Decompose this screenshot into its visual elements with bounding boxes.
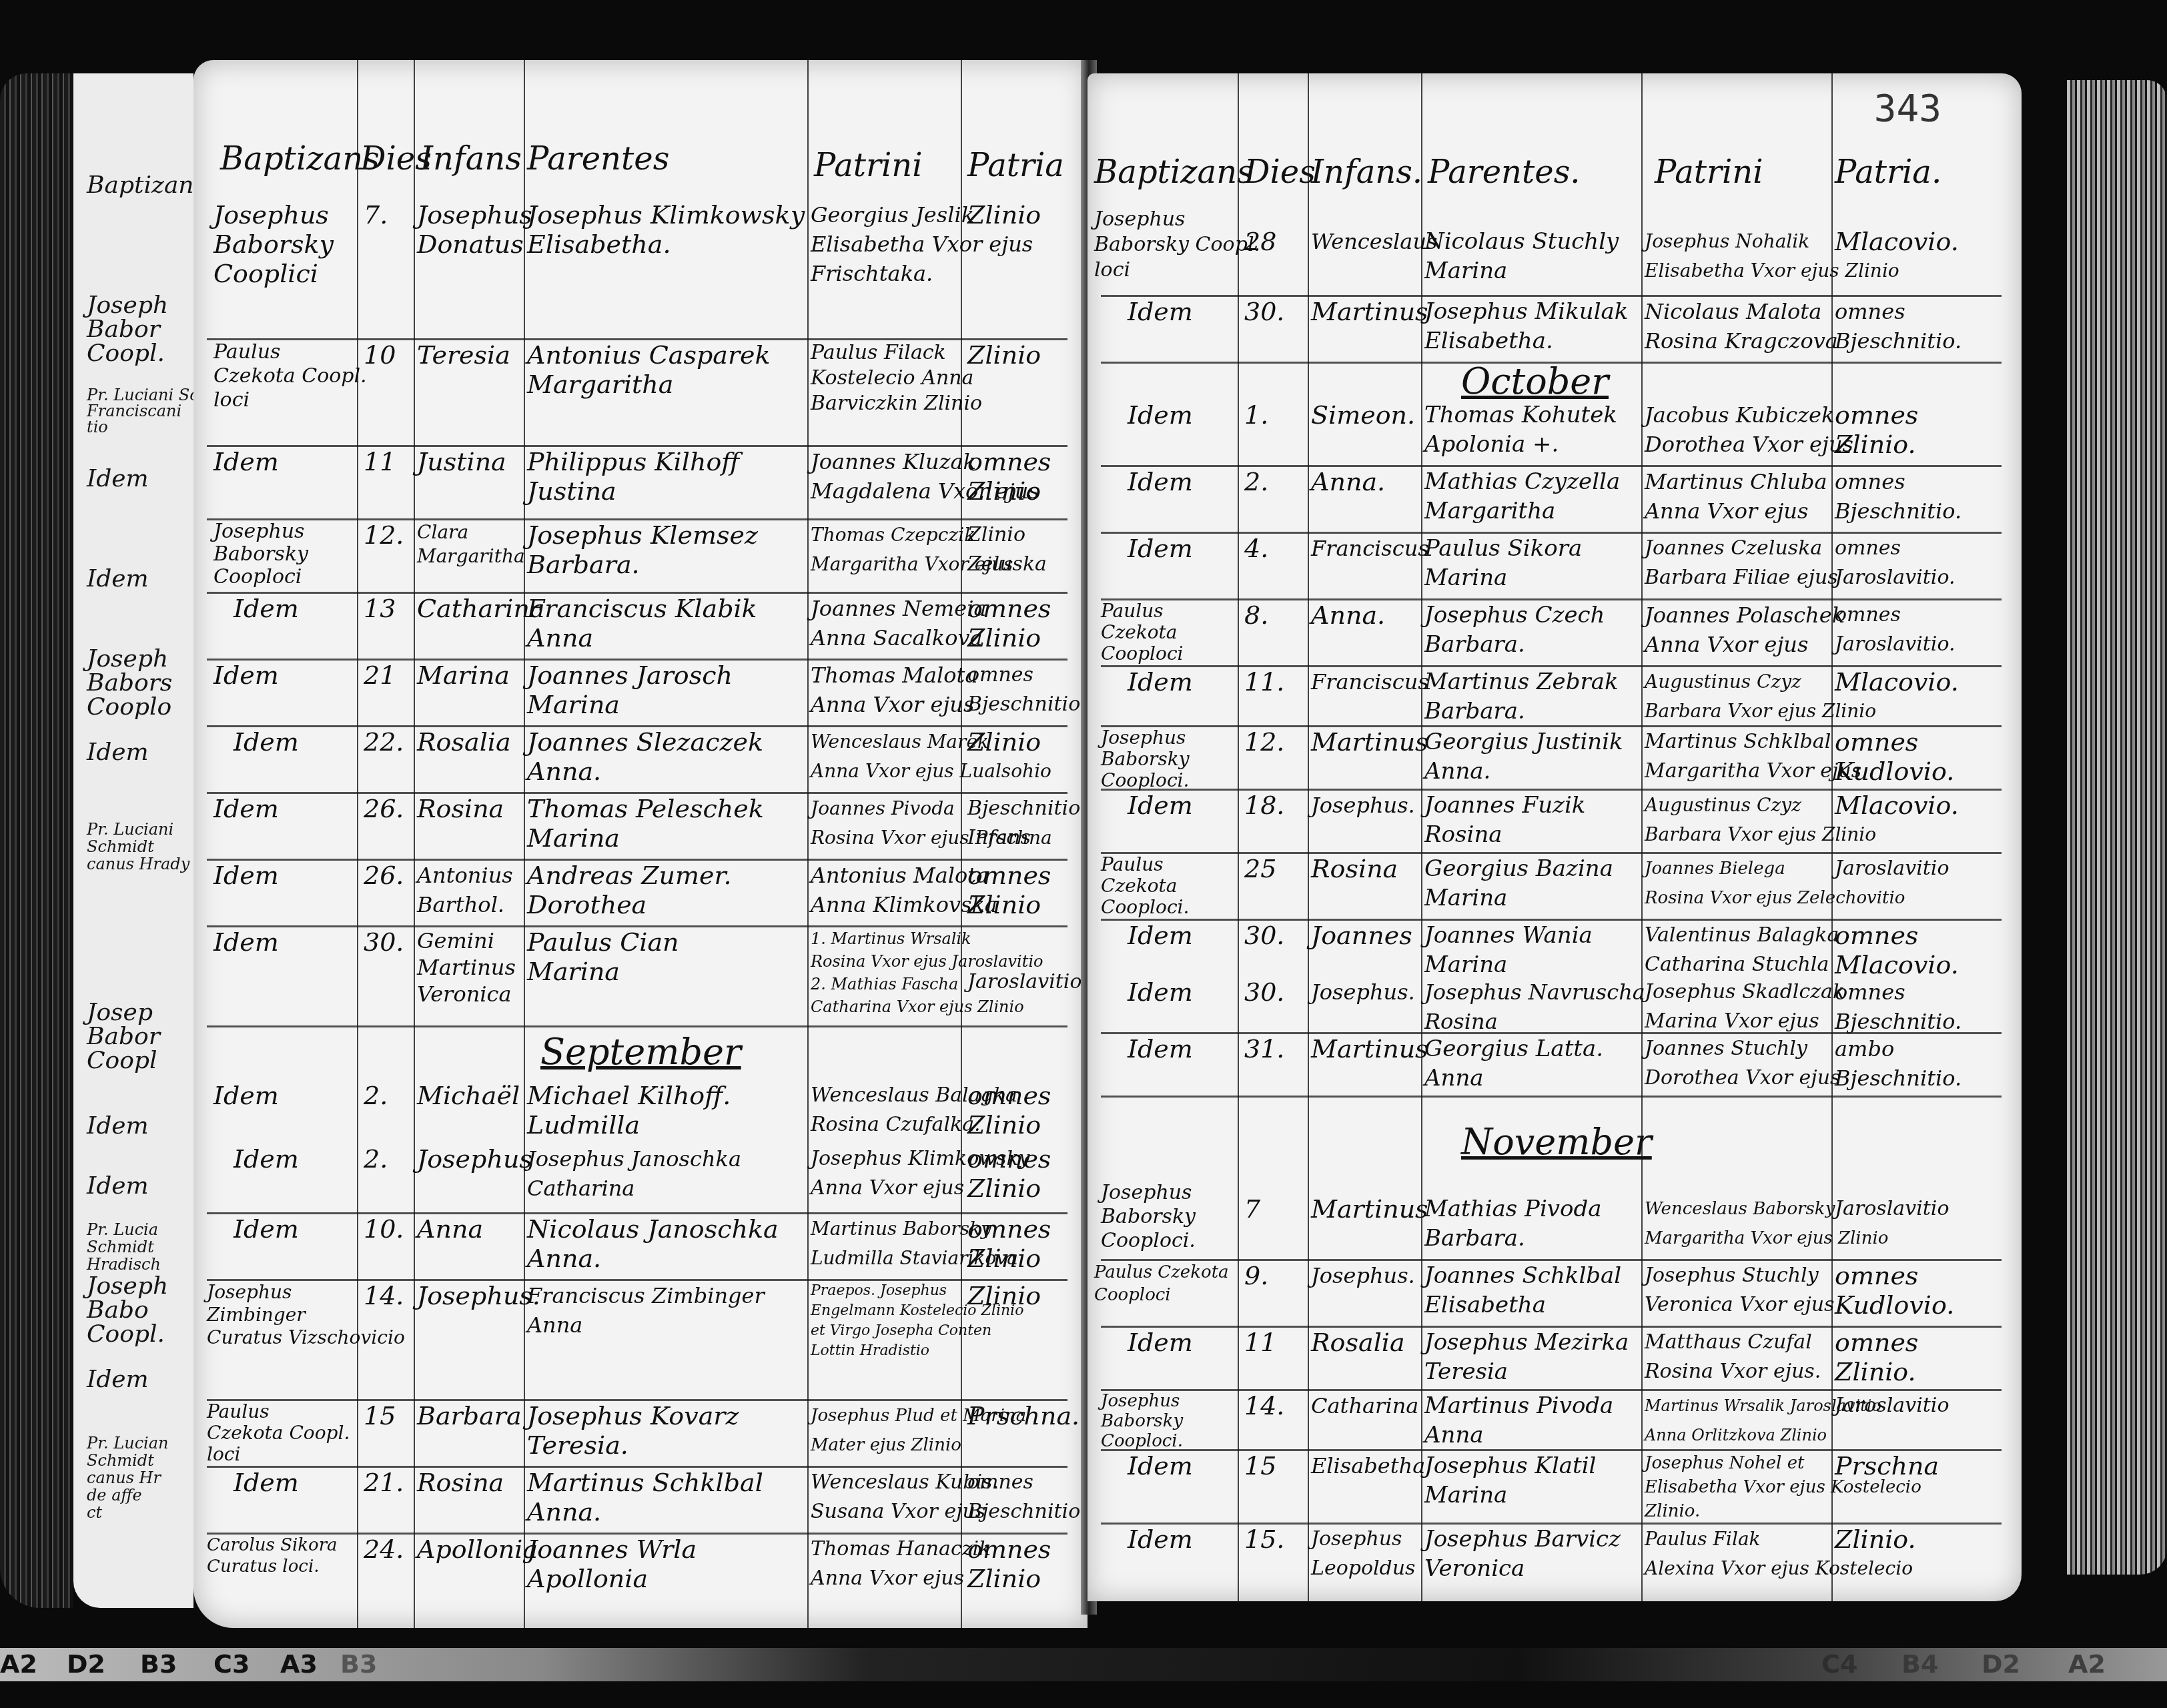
dies-cell: 10. bbox=[364, 1214, 404, 1244]
infans-cell: Simeon. bbox=[1311, 400, 1415, 430]
infans-cell: Rosina bbox=[1311, 854, 1398, 883]
dies-cell: 31. bbox=[1244, 1034, 1284, 1063]
baptizans-cell: Josephus Baborsky Cooploci. bbox=[1101, 1181, 1196, 1253]
left-register-page: Baptizans Dies Infans Parentes Patrini P… bbox=[193, 60, 1088, 1628]
month-heading-november: November bbox=[1461, 1121, 1652, 1163]
patria-cell: omnes Bjeschnitio bbox=[967, 661, 1080, 719]
parentes-cell: Paulus Cian Marina bbox=[527, 927, 679, 986]
partial-entry: Baptizans bbox=[87, 173, 193, 197]
dies-cell: 21. bbox=[364, 1468, 404, 1497]
patria-cell: omnes Zlinio bbox=[967, 861, 1051, 919]
dies-cell: 24. bbox=[364, 1535, 404, 1564]
dies-cell: 14. bbox=[1244, 1391, 1284, 1420]
baptizans-cell: Josephus Baborsky Cooploci. bbox=[1101, 1391, 1183, 1451]
partial-entry: Idem bbox=[87, 467, 149, 491]
patria-cell: omnes Bjeschnitio. bbox=[1835, 977, 1962, 1036]
book-edge-right bbox=[2067, 80, 2167, 1575]
patrini-cell: Nicolaus Malota Rosina Kragczova bbox=[1645, 297, 1838, 356]
patrini-cell: Thomas Hanaczik Anna Vxor ejus bbox=[811, 1535, 991, 1593]
patrini-cell: Joannes Czeluska Barbara Filiae ejus bbox=[1645, 534, 1838, 592]
patria-cell: Zlinio. bbox=[1835, 1525, 1916, 1554]
infans-cell: Josephus Donatus bbox=[417, 200, 532, 259]
patrini-cell: Paulus Filack Kostelecio Anna Barviczkin… bbox=[811, 340, 982, 416]
infans-cell: Rosina bbox=[417, 794, 504, 823]
register-entry: Idem 15. Josephus Leopoldus Josephus Bar… bbox=[1088, 1525, 2022, 1591]
baptizans-cell: Josephus Baborsky Cooploci. bbox=[1101, 727, 1190, 791]
infans-cell: Martinus bbox=[1311, 297, 1428, 326]
parentes-cell: Josephus Barvicz Veronica bbox=[1424, 1525, 1621, 1583]
header-baptizans: Baptizans bbox=[220, 140, 380, 177]
patrini-cell: Thomas Malota Anna Vxor ejus bbox=[811, 661, 978, 719]
patria-cell: omnes Bjeschnitio bbox=[967, 1468, 1080, 1527]
dies-cell: 15. bbox=[1244, 1525, 1284, 1554]
register-entry: Idem 26. Antonius Barthol. Andreas Zumer… bbox=[193, 861, 1088, 927]
infans-cell: Josephus. bbox=[417, 1281, 540, 1310]
parentes-cell: Georgius Bazina Marina bbox=[1424, 854, 1613, 913]
infans-cell: Justina bbox=[417, 447, 506, 476]
partial-entry: Pr. Luciani Schl Franciscani tio bbox=[87, 387, 193, 435]
dies-cell: 2. bbox=[364, 1081, 388, 1110]
patria-cell: Mlacovio. bbox=[1835, 667, 1959, 697]
dies-cell: 11 bbox=[1244, 1328, 1276, 1357]
dies-cell: 11 bbox=[364, 447, 396, 476]
baptizans-cell: Idem bbox=[1128, 1034, 1193, 1063]
baptizans-cell: Idem bbox=[234, 594, 299, 623]
patrini-cell: Matthaus Czufal Rosina Vxor ejus. bbox=[1645, 1328, 1821, 1386]
film-label: A2 bbox=[0, 1649, 37, 1679]
parentes-cell: Josephus Klemsez Barbara. bbox=[527, 520, 758, 579]
film-label: B3 bbox=[140, 1649, 177, 1679]
partial-left-page: Baptizans Joseph Babor Coopl. Pr. Lucian… bbox=[73, 73, 193, 1608]
infans-cell: Josephus. bbox=[1311, 1261, 1415, 1290]
baptizans-cell: Idem bbox=[234, 727, 299, 757]
film-label: A3 bbox=[280, 1649, 318, 1679]
month-heading-october: October bbox=[1461, 360, 1609, 402]
parentes-cell: Nicolaus Stuchly Marina bbox=[1424, 227, 1619, 286]
patria-cell: omnes Bjeschnitio. bbox=[1835, 297, 1962, 356]
parentes-cell: Mathias Pivoda Barbara. bbox=[1424, 1194, 1602, 1253]
dies-cell: 2. bbox=[1244, 467, 1268, 496]
dies-cell: 15 bbox=[1244, 1451, 1276, 1480]
register-entry: Idem 4. Franciscus Paulus Sikora Marina … bbox=[1088, 534, 2022, 600]
header-patrini: Patrini bbox=[814, 147, 923, 184]
infans-cell: Catharina bbox=[417, 594, 545, 623]
patria-cell: Prschna bbox=[1835, 1451, 1939, 1480]
patrini-cell: Valentinus Balagka Catharina Stuchla bbox=[1645, 921, 1839, 979]
row-rule bbox=[1101, 1096, 2002, 1098]
patria-cell: Zlinio bbox=[967, 340, 1041, 370]
parentes-cell: Mathias Czyzella Margaritha bbox=[1424, 467, 1620, 526]
baptizans-cell: Paulus Czekota Cooploci bbox=[1094, 1261, 1229, 1306]
dies-cell: 28 bbox=[1244, 227, 1276, 256]
patria-cell: omnes Kudlovio. bbox=[1835, 1261, 1954, 1320]
partial-entry: Pr. Luciani Schmidt canus Hrady bbox=[87, 821, 189, 873]
dies-cell: 25 bbox=[1244, 854, 1276, 883]
patria-cell: omnes Zlinio. bbox=[1835, 1328, 1918, 1386]
film-label: C4 bbox=[1821, 1649, 1857, 1679]
register-entry: Josephus Baborsky Cooploci. 14. Catharin… bbox=[1088, 1391, 2022, 1451]
page-number: 343 bbox=[1874, 87, 1941, 130]
patrini-cell: Josephus Stuchly Veronica Vxor ejus bbox=[1645, 1261, 1835, 1320]
parentes-cell: Paulus Sikora Marina bbox=[1424, 534, 1582, 592]
dies-cell: 12. bbox=[364, 520, 404, 550]
baptizans-cell: Idem bbox=[1128, 534, 1193, 563]
patrini-cell: Martinus Schklbal Margaritha Vxor ejus bbox=[1645, 727, 1861, 786]
baptizans-cell: Idem bbox=[1128, 667, 1193, 697]
baptizans-cell: Paulus Czekota Cooploci bbox=[1101, 600, 1184, 665]
patria-cell: Zlinio bbox=[967, 200, 1041, 230]
month-heading-september: September bbox=[540, 1031, 741, 1073]
register-entry: Josephus Baborsky Cooploci. 12. Martinus… bbox=[1088, 727, 2022, 791]
infans-cell: Josephus. bbox=[1311, 977, 1415, 1007]
patria-cell: omnes Zlinio bbox=[967, 1535, 1051, 1593]
dies-cell: 18. bbox=[1244, 791, 1284, 820]
register-entry: Idem 22. Rosalia Joannes Slezaczek Anna.… bbox=[193, 727, 1088, 794]
parentes-cell: Georgius Justinik Anna. bbox=[1424, 727, 1623, 786]
baptizans-cell: Idem bbox=[1128, 791, 1193, 820]
parentes-cell: Josephus Navruscha Rosina bbox=[1424, 977, 1645, 1036]
parentes-cell: Thomas Peleschek Marina bbox=[527, 794, 764, 853]
header-patrini: Patrini bbox=[1655, 153, 1763, 191]
parentes-cell: Antonius Casparek Margaritha bbox=[527, 340, 771, 399]
infans-cell: Rosalia bbox=[417, 727, 511, 757]
patria-cell: Mlacovio. bbox=[1835, 791, 1959, 820]
register-entry: Idem 1. Simeon. Thomas Kohutek Apolonia … bbox=[1088, 400, 2022, 467]
baptizans-cell: Idem bbox=[213, 927, 279, 957]
infans-cell: Gemini Martinus Veronica bbox=[417, 927, 516, 1007]
dies-cell: 11. bbox=[1244, 667, 1284, 697]
film-label: C3 bbox=[213, 1649, 250, 1679]
infans-cell: Martinus bbox=[1311, 1034, 1428, 1063]
patrini-cell: Jacobus Kubiczek Dorothea Vxor ejus bbox=[1645, 400, 1853, 459]
infans-cell: Wenceslaus bbox=[1311, 227, 1437, 256]
register-entry: Idem 21. Rosina Martinus Schklbal Anna. … bbox=[193, 1468, 1088, 1535]
header-patria: Patria. bbox=[1835, 153, 1941, 191]
register-entry: Idem 11 Rosalia Josephus Mezirka Teresia… bbox=[1088, 1328, 2022, 1391]
parentes-cell: Georgius Latta. Anna bbox=[1424, 1034, 1603, 1093]
parentes-cell: Joannes Jarosch Marina bbox=[527, 661, 733, 719]
baptizans-cell: Idem bbox=[213, 661, 279, 690]
patria-cell: omnes Mlacovio. bbox=[1835, 921, 1959, 979]
register-entry: Idem 21 Marina Joannes Jarosch Marina Th… bbox=[193, 661, 1088, 727]
header-patria: Patria bbox=[967, 147, 1064, 184]
header-parentes: Parentes bbox=[527, 140, 669, 177]
dies-cell: 14. bbox=[364, 1281, 404, 1310]
baptizans-cell: Idem bbox=[1128, 467, 1193, 496]
register-entry: Paulus Czekota Cooploci. 25 Rosina Georg… bbox=[1088, 854, 2022, 921]
infans-cell: Rosina bbox=[417, 1468, 504, 1497]
patria-cell: omnes Bjeschnitio. bbox=[1835, 467, 1962, 526]
partial-entry: Joseph Babor Coopl. bbox=[87, 294, 168, 366]
patrini-cell: Martinus Chluba Anna Vxor ejus bbox=[1645, 467, 1827, 526]
patrini-cell: Joannes Polaschek Anna Vxor ejus bbox=[1645, 600, 1845, 659]
patria-cell: Bjeschnitio Infans bbox=[967, 794, 1080, 853]
baptizans-cell: Idem bbox=[1128, 297, 1193, 326]
patria-cell: omnes Kudlovio. bbox=[1835, 727, 1954, 786]
patria-cell: omnes Zlinio bbox=[967, 447, 1051, 506]
dies-cell: 15 bbox=[364, 1401, 396, 1430]
baptizans-cell: Idem bbox=[234, 1214, 299, 1244]
register-entry: Josephus Baborsky Coopl. loci 28 Wencesl… bbox=[1088, 207, 2022, 297]
register-entry: Idem 11. Franciscus Martinus Zebrak Barb… bbox=[1088, 667, 2022, 727]
register-entry: Idem 11 Justina Philippus Kilhoff Justin… bbox=[193, 447, 1088, 520]
register-entry: Idem 31. Martinus Georgius Latta. Anna J… bbox=[1088, 1034, 2022, 1098]
patria-cell: omnes Zlinio bbox=[967, 1081, 1051, 1140]
dies-cell: 12. bbox=[1244, 727, 1284, 757]
dies-cell: 30. bbox=[364, 927, 404, 957]
dies-cell: 26. bbox=[364, 794, 404, 823]
dies-cell: 10 bbox=[364, 340, 396, 370]
dies-cell: 4. bbox=[1244, 534, 1268, 563]
register-entry: Idem 30. Martinus Josephus Mikulak Elisa… bbox=[1088, 297, 2022, 364]
patria-cell: omnes Zlinio. bbox=[1835, 400, 1918, 459]
film-label: B3 bbox=[340, 1649, 377, 1679]
dies-cell: 30. bbox=[1244, 921, 1284, 950]
infans-cell: Teresia bbox=[417, 340, 510, 370]
baptizans-cell: Idem bbox=[1128, 1525, 1193, 1554]
film-label: A2 bbox=[2068, 1649, 2106, 1679]
dies-cell: 7 bbox=[1244, 1194, 1260, 1224]
dies-cell: 1. bbox=[1244, 400, 1268, 430]
register-entry: Idem 30. Josephus. Josephus Navruscha Ro… bbox=[1088, 977, 2022, 1034]
infans-cell: Josephus. bbox=[1311, 791, 1415, 820]
baptizans-cell: Idem bbox=[234, 1468, 299, 1497]
header-parentes: Parentes. bbox=[1428, 153, 1581, 191]
baptizans-cell: Idem bbox=[234, 1144, 299, 1174]
infans-cell: Apollonia bbox=[417, 1535, 538, 1564]
patria-cell: omnes Jaroslavitio. bbox=[1835, 600, 1955, 659]
baptizans-cell: Paulus Czekota Coopl. loci bbox=[207, 1401, 350, 1465]
dies-cell: 9. bbox=[1244, 1261, 1268, 1290]
baptizans-cell: Idem bbox=[213, 861, 279, 890]
patrini-cell: Josephus Skadlczak Marina Vxor ejus bbox=[1645, 977, 1845, 1036]
infans-cell: Joannes bbox=[1311, 921, 1412, 950]
infans-cell: Franciscus bbox=[1311, 667, 1429, 697]
parentes-cell: Michael Kilhoff. Ludmilla bbox=[527, 1081, 731, 1140]
baptizans-cell: Idem bbox=[213, 1081, 279, 1110]
parentes-cell: Andreas Zumer. Dorothea bbox=[527, 861, 732, 919]
register-entry: Carolus Sikora Curatus loci. 24. Apollon… bbox=[193, 1535, 1088, 1608]
parentes-cell: Josephus Klimkowsky Elisabetha. bbox=[527, 200, 805, 259]
patria-cell: Zlinio bbox=[967, 727, 1041, 757]
register-entry: Idem 30. Gemini Martinus Veronica Paulus… bbox=[193, 927, 1088, 1027]
register-entry: Idem 30. Joannes Joannes Wania Marina Va… bbox=[1088, 921, 2022, 977]
patria-cell: Prschna. bbox=[967, 1401, 1079, 1430]
parentes-cell: Josephus Mezirka Teresia bbox=[1424, 1328, 1629, 1386]
parentes-cell: Martinus Zebrak Barbara. bbox=[1424, 667, 1619, 726]
parentes-cell: Joannes Wrla Apollonia bbox=[527, 1535, 697, 1593]
microfilm-strip: A2 D2 B3 C3 A3 B3 C4 B4 D2 A2 bbox=[0, 1648, 2167, 1681]
film-label: D2 bbox=[67, 1649, 105, 1679]
partial-entry: Idem bbox=[87, 1174, 149, 1198]
partial-entry: Idem bbox=[87, 1114, 149, 1138]
parentes-cell: Josephus Klatil Marina bbox=[1424, 1451, 1596, 1510]
patria-cell: Jaroslavitio bbox=[1835, 854, 1949, 883]
parentes-cell: Josephus Czech Barbara. bbox=[1424, 600, 1605, 659]
baptizans-cell: Josephus Baborsky Coopl. loci bbox=[1094, 207, 1260, 283]
infans-cell: Rosalia bbox=[1311, 1328, 1405, 1357]
partial-entry: Josep Babor Coopl bbox=[87, 1001, 160, 1073]
book-edge-left bbox=[0, 73, 73, 1608]
register-entry: Idem 18. Josephus. Joannes Fuzik Rosina … bbox=[1088, 791, 2022, 854]
parentes-cell: Joannes Wania Marina bbox=[1424, 921, 1593, 979]
patria-cell: Zlinio bbox=[967, 1281, 1041, 1310]
baptizans-cell: Carolus Sikora Curatus loci. bbox=[207, 1535, 338, 1577]
partial-entry: Pr. Lucia Schmidt Hradisch bbox=[87, 1221, 161, 1273]
baptizans-cell: Paulus Czekota Coopl. loci bbox=[213, 340, 367, 412]
parentes-cell: Nicolaus Janoschka Anna. bbox=[527, 1214, 779, 1273]
partial-entry: Idem bbox=[87, 1368, 149, 1392]
film-label: B4 bbox=[1901, 1649, 1938, 1679]
dies-cell: 7. bbox=[364, 200, 388, 230]
header-infans: Infans bbox=[420, 140, 522, 177]
baptizans-cell: Idem bbox=[1128, 921, 1193, 950]
infans-cell: Anna. bbox=[1311, 467, 1385, 496]
patria-cell: omnes Zlinio bbox=[967, 594, 1051, 653]
patria-cell: Zlinio Zeluska bbox=[967, 520, 1047, 579]
infans-cell: Martinus bbox=[1311, 1194, 1428, 1224]
register-entry: Josephus Zimbinger Curatus Vizschovicio … bbox=[193, 1281, 1088, 1401]
patria-cell: omnes Zlinio bbox=[967, 1214, 1051, 1273]
baptizans-cell: Idem bbox=[1128, 1328, 1193, 1357]
infans-cell: Elisabetha bbox=[1311, 1451, 1425, 1480]
patria-cell: ambo Bjeschnitio. bbox=[1835, 1034, 1962, 1093]
dies-cell: 21 bbox=[364, 661, 396, 690]
infans-cell: Marina bbox=[417, 661, 510, 690]
patria-cell: Jaroslavitio bbox=[1835, 1391, 1949, 1420]
infans-cell: Franciscus bbox=[1311, 534, 1429, 563]
parentes-cell: Josephus Janoschka Catharina bbox=[527, 1144, 741, 1203]
infans-cell: Anna. bbox=[1311, 600, 1385, 630]
baptizans-cell: Idem bbox=[213, 794, 279, 823]
infans-cell: Michaël bbox=[417, 1081, 520, 1110]
partial-entry: Joseph Babo Coopl. bbox=[87, 1274, 168, 1346]
dies-cell: 8. bbox=[1244, 600, 1268, 630]
dies-cell: 30. bbox=[1244, 977, 1284, 1007]
parentes-cell: Martinus Schklbal Anna. bbox=[527, 1468, 763, 1527]
row-rule bbox=[207, 1025, 1067, 1027]
patrini-cell: Joannes Nemeia Anna Sacalkova bbox=[811, 594, 986, 653]
infans-cell: Martinus bbox=[1311, 727, 1428, 757]
parentes-cell: Franciscus Zimbinger Anna bbox=[527, 1281, 765, 1340]
infans-cell: Barbara bbox=[417, 1401, 522, 1430]
header-baptizans: Baptizans bbox=[1094, 153, 1254, 191]
infans-cell: Catharina bbox=[1311, 1391, 1418, 1420]
register-entry: Josephus Baborsky Cooploci 12. Clara Mar… bbox=[193, 520, 1088, 594]
baptizans-cell: Idem bbox=[213, 447, 279, 476]
patria-cell: Mlacovio. bbox=[1835, 227, 1959, 256]
baptizans-cell: Idem bbox=[1128, 1451, 1193, 1480]
dies-cell: 30. bbox=[1244, 297, 1284, 326]
register-entry: Idem 13 Catharina Franciscus Klabik Anna… bbox=[193, 594, 1088, 661]
register-entry: Paulus Czekota Cooploci 8. Anna. Josephu… bbox=[1088, 600, 2022, 667]
partial-entry: Idem bbox=[87, 567, 149, 591]
infans-cell: Antonius Barthol. bbox=[417, 861, 513, 919]
film-label: D2 bbox=[1982, 1649, 2020, 1679]
register-entry: Idem 2. Michaël Michael Kilhoff. Ludmill… bbox=[193, 1081, 1088, 1144]
partial-entry: Pr. Lucian Schmidt canus Hr de affe ct bbox=[87, 1434, 169, 1521]
baptizans-cell: Josephus Baborsky Cooplici bbox=[213, 200, 334, 288]
dies-cell: 13 bbox=[364, 594, 396, 623]
parentes-cell: Franciscus Klabik Anna bbox=[527, 594, 757, 653]
register-entry: Idem 15 Elisabetha Josephus Klatil Marin… bbox=[1088, 1451, 2022, 1525]
register-entry: Paulus Czekota Cooploci 9. Josephus. Joa… bbox=[1088, 1261, 2022, 1328]
register-entry: Idem 2. Josephus Josephus Janoschka Cath… bbox=[193, 1144, 1088, 1214]
baptizans-cell: Idem bbox=[1128, 977, 1193, 1007]
patrini-cell: Joannes Stuchly Dorothea Vxor ejus bbox=[1645, 1034, 1840, 1093]
partial-entry: Idem bbox=[87, 741, 149, 765]
baptizans-cell: Paulus Czekota Cooploci. bbox=[1101, 854, 1189, 918]
register-entry: Idem 2. Anna. Mathias Czyzella Margarith… bbox=[1088, 467, 2022, 534]
header-dies: Dies bbox=[1244, 153, 1316, 191]
baptizans-cell: Idem bbox=[1128, 400, 1193, 430]
dies-cell: 26. bbox=[364, 861, 404, 890]
infans-cell: Anna bbox=[417, 1214, 483, 1244]
parentes-cell: Joannes Fuzik Rosina bbox=[1424, 791, 1585, 849]
patria-cell: omnes Jaroslavitio. bbox=[1835, 534, 1955, 592]
infans-cell: Clara Margaritha bbox=[417, 520, 525, 568]
infans-cell: Josephus Leopoldus bbox=[1311, 1525, 1416, 1583]
parentes-cell: Joannes Schklbal Elisabetha bbox=[1424, 1261, 1621, 1320]
parentes-cell: Philippus Kilhoff Justina bbox=[527, 447, 739, 506]
register-entry: Josephus Baborsky Cooploci. 7 Martinus M… bbox=[1088, 1181, 2022, 1261]
patria-cell: Jaroslavitio bbox=[967, 967, 1081, 997]
register-entry: Josephus Baborsky Cooplici 7. Josephus D… bbox=[193, 200, 1088, 340]
partial-entry: Joseph Babors Cooplo bbox=[87, 647, 172, 719]
header-infans: Infans. bbox=[1311, 153, 1422, 191]
parentes-cell: Martinus Pivoda Anna bbox=[1424, 1391, 1613, 1450]
dies-cell: 2. bbox=[364, 1144, 388, 1174]
parentes-cell: Josephus Kovarz Teresia. bbox=[527, 1401, 739, 1460]
infans-cell: Josephus bbox=[417, 1144, 532, 1174]
patria-cell: omnes Zlinio bbox=[967, 1144, 1051, 1203]
register-entry: Paulus Czekota Coopl. loci 15 Barbara Jo… bbox=[193, 1401, 1088, 1468]
baptizans-cell: Josephus Baborsky Cooploci bbox=[213, 520, 308, 588]
parentes-cell: Thomas Kohutek Apolonia +. bbox=[1424, 400, 1617, 459]
parentes-cell: Joannes Slezaczek Anna. bbox=[527, 727, 763, 786]
right-register-page: 343 Baptizans Dies Infans. Parentes. Pat… bbox=[1088, 73, 2022, 1601]
register-entry: Idem 10. Anna Nicolaus Janoschka Anna. M… bbox=[193, 1214, 1088, 1281]
register-entry: Idem 26. Rosina Thomas Peleschek Marina … bbox=[193, 794, 1088, 861]
parentes-cell: Josephus Mikulak Elisabetha. bbox=[1424, 297, 1628, 356]
register-entry: Paulus Czekota Coopl. loci 10 Teresia An… bbox=[193, 340, 1088, 447]
dies-cell: 22. bbox=[364, 727, 404, 757]
patria-cell: Jaroslavitio bbox=[1835, 1194, 1949, 1224]
